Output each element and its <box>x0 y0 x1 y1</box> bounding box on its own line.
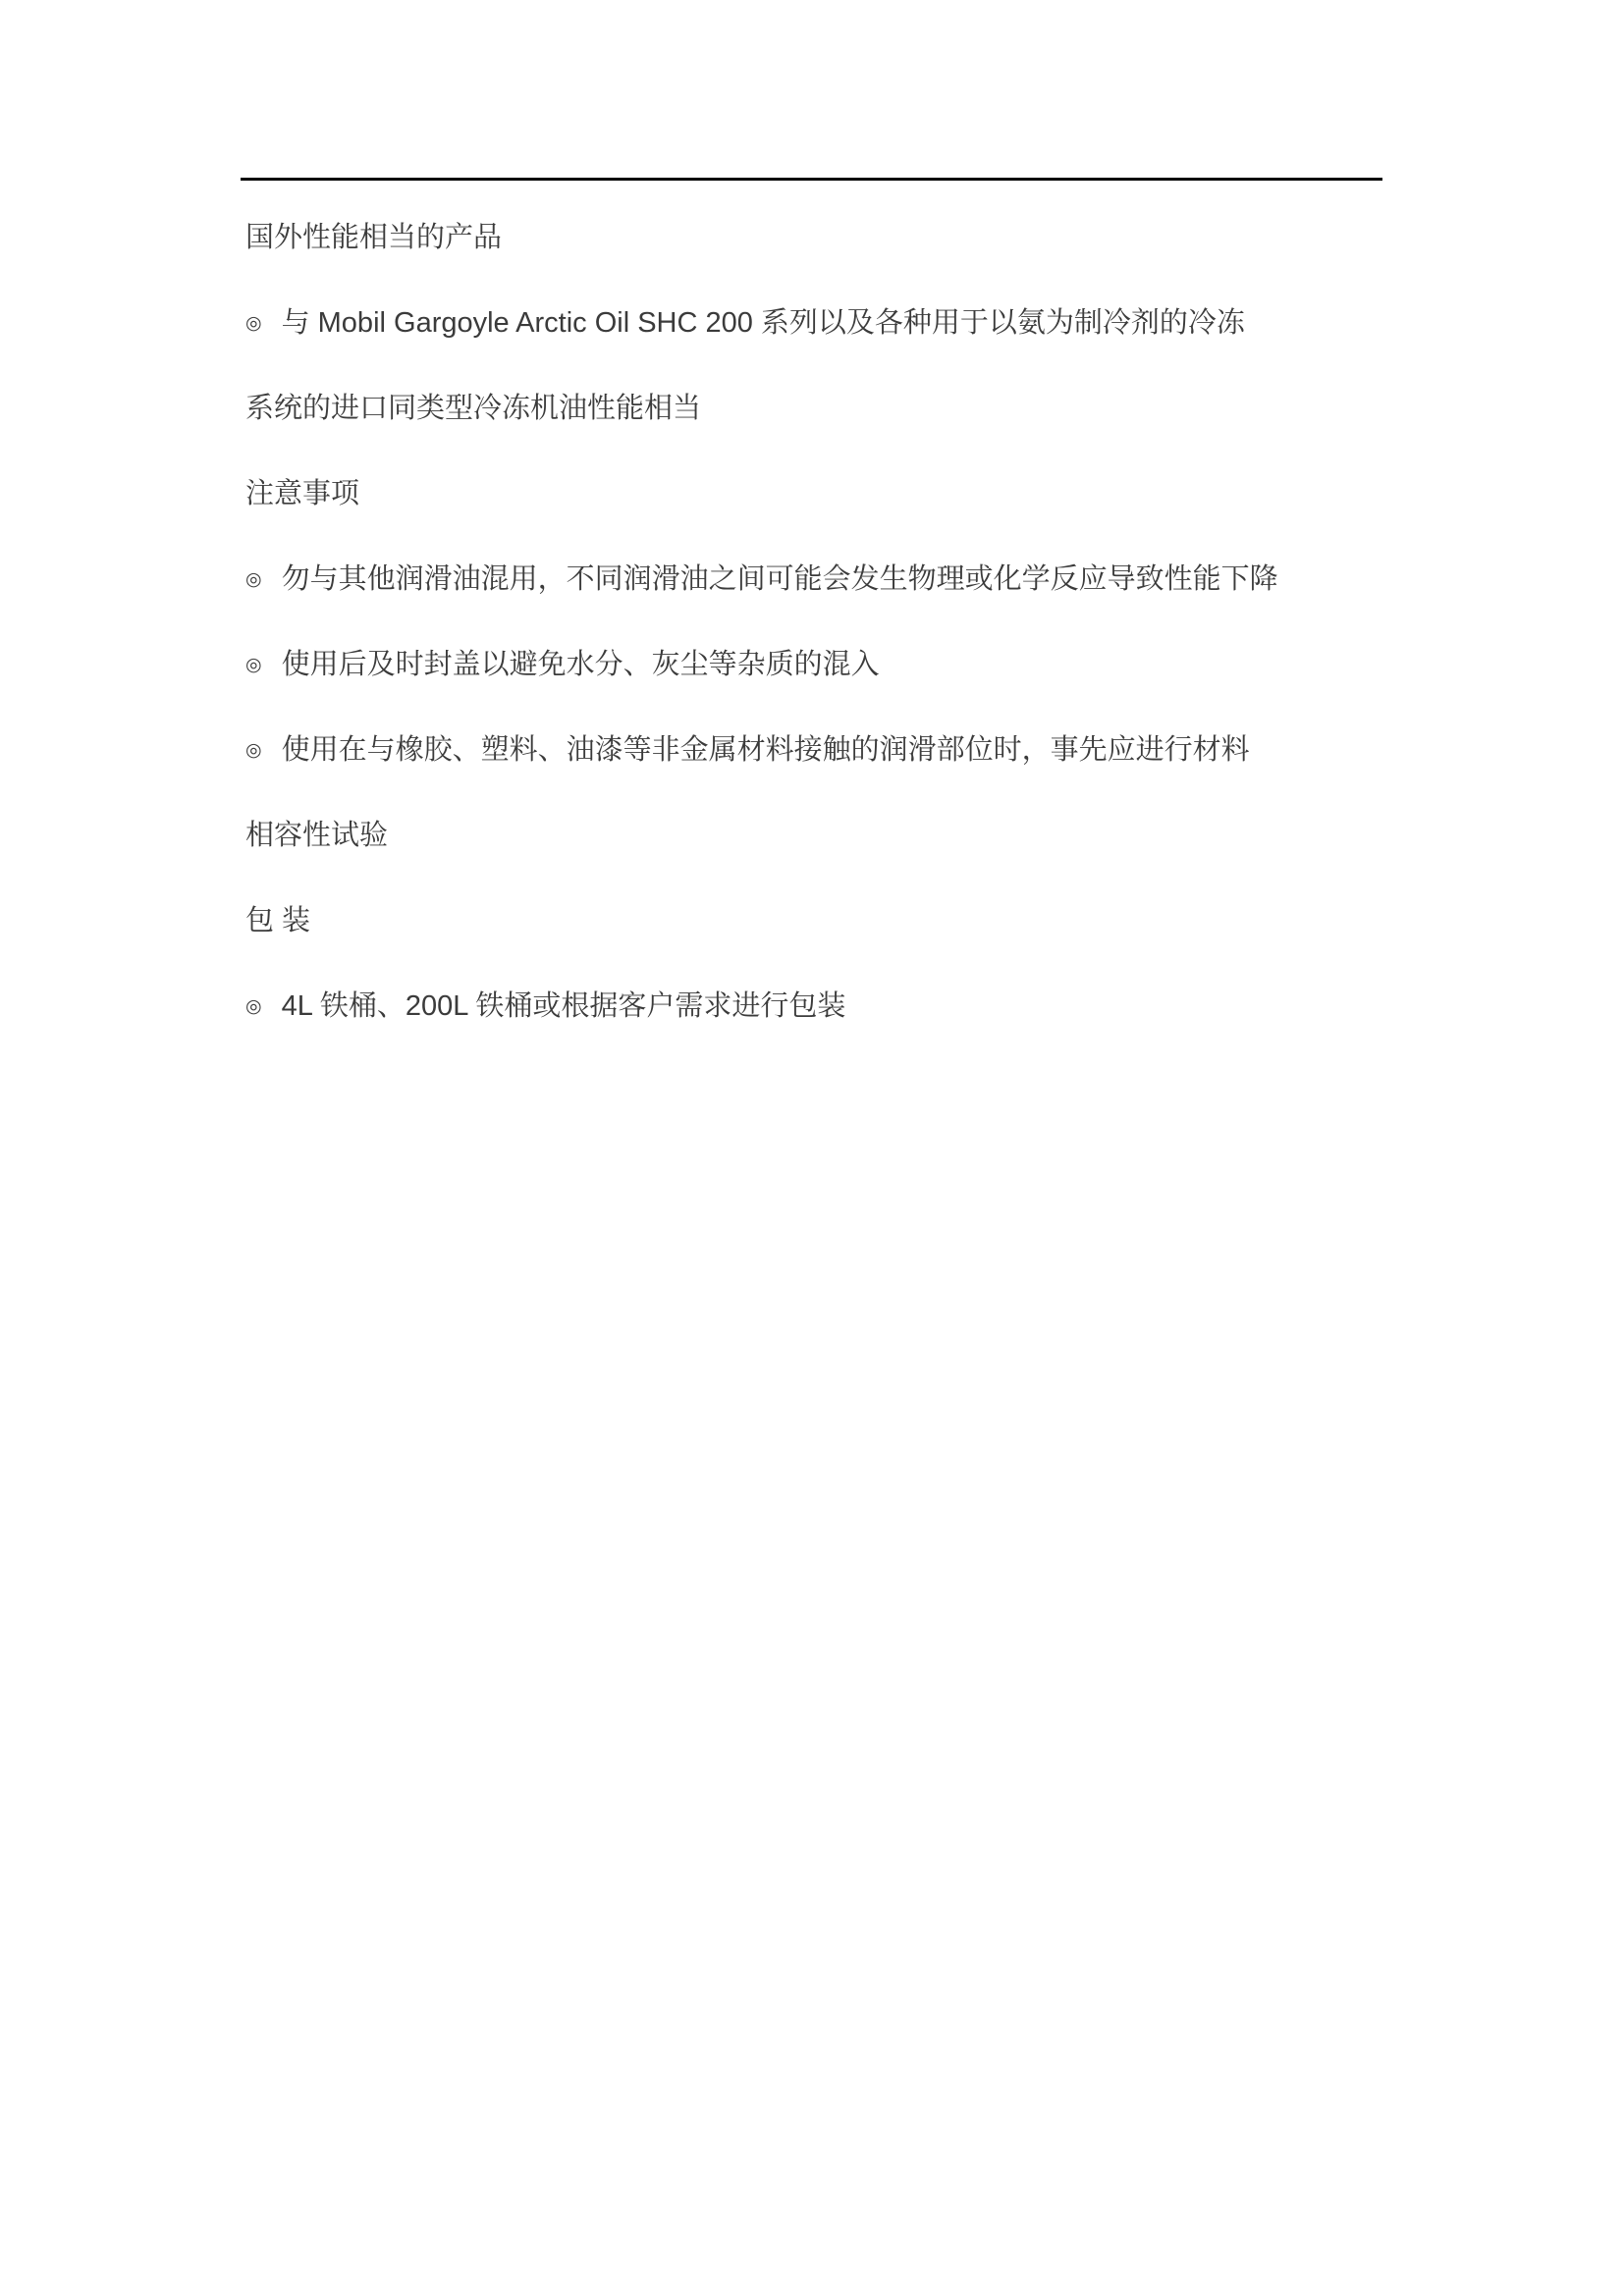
bullet-icon: ◎ <box>245 314 262 333</box>
line-text: 相容性试验 <box>245 820 388 851</box>
bullet-line: ◎勿与其他润滑油混用，不同润滑油之间可能会发生物理或化学反应导致性能下降 <box>245 537 1414 622</box>
bullet-line: ◎与 Mobil Gargoyle Arctic Oil SHC 200 系列以… <box>245 281 1414 366</box>
line-text: 4L 铁桶、200L 铁桶或根据客户需求进行包装 <box>282 990 846 1022</box>
line-text: 包 装 <box>245 905 310 936</box>
line-text: 注意事项 <box>245 478 359 509</box>
line-text: 与 Mobil Gargoyle Arctic Oil SHC 200 系列以及… <box>282 307 1245 339</box>
horizontal-rule <box>241 178 1382 181</box>
bullet-line: ◎使用后及时封盖以避免水分、灰尘等杂质的混入 <box>245 622 1414 708</box>
text-line: 相容性试验 <box>245 793 1414 879</box>
bullet-line: ◎4L 铁桶、200L 铁桶或根据客户需求进行包装 <box>245 964 1414 1049</box>
heading-line: 包 装 <box>245 879 1414 964</box>
document-body: 国外性能相当的产品 ◎与 Mobil Gargoyle Arctic Oil S… <box>245 195 1414 1049</box>
line-text: 系统的进口同类型冷冻机油性能相当 <box>245 393 701 424</box>
bullet-icon: ◎ <box>245 741 262 760</box>
line-text: 使用后及时封盖以避免水分、灰尘等杂质的混入 <box>282 649 880 680</box>
bullet-line: ◎使用在与橡胶、塑料、油漆等非金属材料接触的润滑部位时，事先应进行材料 <box>245 708 1414 793</box>
line-text: 使用在与橡胶、塑料、油漆等非金属材料接触的润滑部位时，事先应进行材料 <box>282 734 1250 766</box>
heading-line: 国外性能相当的产品 <box>245 195 1414 281</box>
bullet-icon: ◎ <box>245 997 262 1016</box>
heading-line: 注意事项 <box>245 452 1414 537</box>
line-text: 勿与其他润滑油混用，不同润滑油之间可能会发生物理或化学反应导致性能下降 <box>282 563 1278 595</box>
document-page: 国外性能相当的产品 ◎与 Mobil Gargoyle Arctic Oil S… <box>0 0 1624 2296</box>
bullet-icon: ◎ <box>245 656 262 674</box>
line-text: 国外性能相当的产品 <box>245 222 502 253</box>
bullet-icon: ◎ <box>245 570 262 589</box>
text-line: 系统的进口同类型冷冻机油性能相当 <box>245 366 1414 452</box>
